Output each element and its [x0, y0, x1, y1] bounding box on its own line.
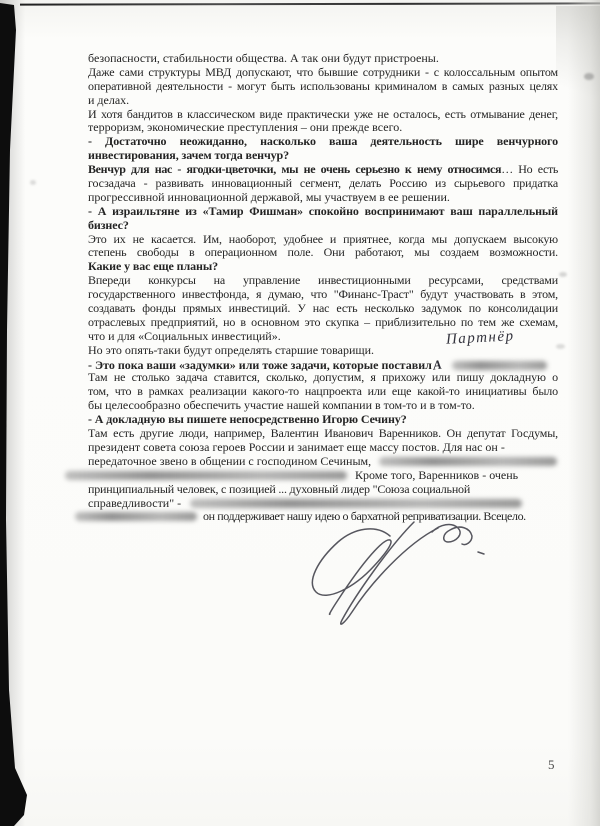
document-line: терроризм, экономические преступления – …: [88, 121, 558, 135]
handwritten-letter: А: [432, 357, 443, 372]
document-line: том, что в рамках реализации какого-то н…: [88, 385, 558, 399]
line-text: справедливости" -: [88, 496, 184, 510]
document-line: прогрессивной инновационной державой, мы…: [88, 191, 558, 205]
line-text: передаточное звено в общении с господино…: [88, 454, 371, 468]
redaction-blur: [379, 457, 557, 466]
redaction-blur: [75, 512, 197, 521]
document-line: оперативной деятельности - могут быть ис…: [88, 80, 558, 94]
document-line-redacted: передаточное звено в общении с господино…: [88, 455, 558, 469]
document-line: Впереди конкурсы на управление инвестици…: [88, 274, 558, 288]
document-line: президент совета союза героев России и з…: [88, 441, 558, 455]
page-number: 5: [548, 757, 555, 773]
question-line: бизнес?: [88, 219, 558, 233]
line-text-bold: - Это пока ваши «задумки» или тоже задач…: [88, 358, 432, 372]
handwritten-margin-note: Партнёр: [446, 328, 515, 349]
document-line: Это их не касается. Им, наоборот, удобне…: [88, 233, 558, 247]
document-text-block: безопасности, стабильности общества. А т…: [88, 52, 558, 524]
line-text-bold: Венчур для нас - ягодки-цветочки, мы не …: [88, 163, 501, 176]
scan-top-line: [20, 2, 600, 6]
document-line-redacted: справедливости" -: [88, 497, 558, 511]
document-line: принципиальный человек, с позицией ... д…: [88, 483, 558, 497]
document-line: степень свободы в операционном поле. Они…: [88, 246, 558, 260]
document-line: отраслевых предприятий, но в основном эт…: [88, 316, 558, 330]
question-line: инвестирования, зачем тогда венчур?: [88, 149, 558, 163]
document-line: госзадача - развивать инновационный сегм…: [88, 177, 558, 191]
paper-corner-shade: [556, 6, 600, 126]
document-line: бы целесообразно обеспечить участие наше…: [88, 399, 558, 413]
document-line: безопасности, стабильности общества. А т…: [88, 52, 558, 66]
line-text: … Но есть: [501, 163, 558, 176]
question-line: - А докладную вы пишете непосредственно …: [88, 413, 558, 427]
question-line: - Достаточно неожиданно, насколько ваша …: [88, 135, 558, 149]
redaction-blur: [452, 361, 547, 370]
line-text: Кроме того, Варенников - очень: [355, 468, 518, 482]
document-line: Там есть другие люди, например, Валентин…: [88, 427, 558, 441]
document-line: Венчур для нас - ягодки-цветочки, мы не …: [88, 163, 558, 177]
document-line: Там не столько задача ставится, сколько,…: [88, 371, 558, 385]
scan-speck: [584, 73, 594, 80]
question-line: Какие у вас еще планы?: [88, 260, 558, 274]
document-line: и делах.: [88, 94, 558, 108]
redaction-blur: [190, 499, 522, 508]
document-line: государственного инвестфонда, я думаю, ч…: [88, 288, 558, 302]
redaction-blur: [65, 471, 347, 480]
question-line-redacted: - Это пока ваши «задумки» или тоже задач…: [88, 358, 558, 372]
document-line-redacted: Кроме того, Варенников - очень: [88, 469, 558, 483]
document-line: создавать фонды прямых инвестиций. У нас…: [88, 302, 558, 316]
scan-speck: [559, 272, 567, 277]
scanned-document-page: безопасности, стабильности общества. А т…: [0, 0, 600, 826]
document-line: Даже сами структуры МВД допускают, что б…: [88, 66, 558, 80]
signature-scribble-icon: [272, 516, 487, 626]
scan-speck: [30, 180, 36, 185]
question-line: - А израильтяне из «Тамир Фишман» спокой…: [88, 205, 558, 219]
document-line: И хотя бандитов в классическом виде прак…: [88, 108, 558, 122]
